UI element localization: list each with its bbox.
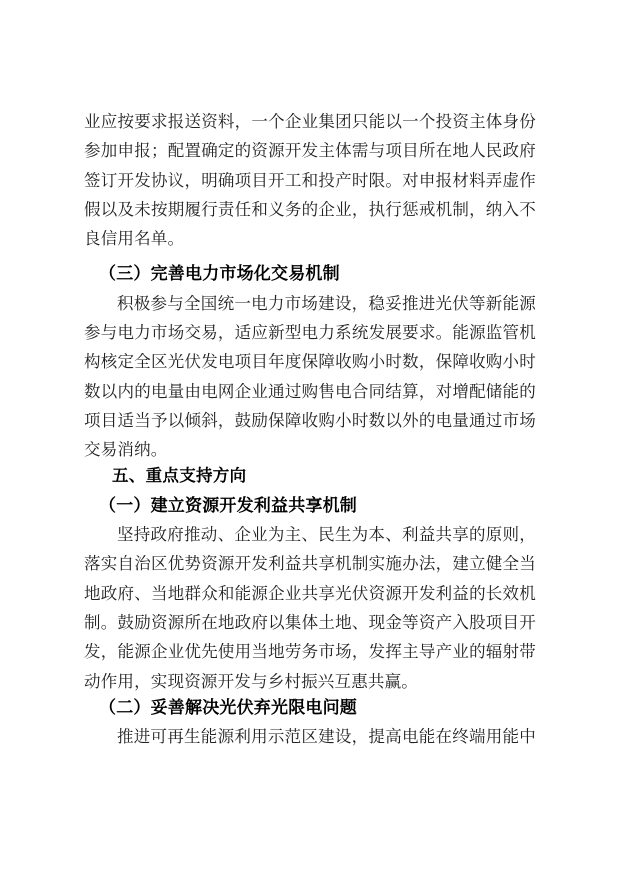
paragraph-power-market-trading: 积极参与全国统一电力市场建设，稳妥推进光伏等新能源 参与电力市场交易，适应新型电… xyxy=(84,289,536,465)
paragraph-benefit-sharing: 坚持政府推动、企业为主、民生为本、利益共享的原则， 落实自治区优势资源开发利益共… xyxy=(84,520,536,696)
text-line: 参与电力市场交易，适应新型电力系统发展要求。能源监管机 xyxy=(84,318,536,347)
text-line: 制。鼓励资源所在地政府以集体土地、现金等资产入股项目开 xyxy=(84,608,536,637)
text-line: 数以内的电量由电网企业通过购售电合同结算，对增配储能的 xyxy=(84,377,536,406)
text-line: 交易消纳。 xyxy=(84,435,536,464)
text-line: 项目适当予以倾斜，鼓励保障收购小时数以外的电量通过市场 xyxy=(84,406,536,435)
paragraph-curtailment-problem: 推进可再生能源利用示范区建设，提高电能在终端用能中 xyxy=(84,722,536,751)
text-line: 业应按要求报送资料，一个企业集团只能以一个投资主体身份 xyxy=(84,107,536,136)
heading-section-2-curtailment-problem: （二）妥善解决光伏弃光限电问题 xyxy=(84,693,536,722)
text-line: 假以及未按期履行责任和义务的企业，执行惩戒机制，纳入不 xyxy=(84,195,536,224)
text-line: 参加申报；配置确定的资源开发主体需与项目所在地人民政府 xyxy=(84,136,536,165)
text-line: 积极参与全国统一电力市场建设，稳妥推进光伏等新能源 xyxy=(84,289,536,318)
text-line: 构核定全区光伏发电项目年度保障收购小时数，保障收购小时 xyxy=(84,347,536,376)
text-line: 动作用，实现资源开发与乡村振兴互惠共赢。 xyxy=(84,667,536,696)
heading-section-1-benefit-sharing: （一）建立资源开发利益共享机制 xyxy=(84,491,536,520)
text-line: 推进可再生能源利用示范区建设，提高电能在终端用能中 xyxy=(84,722,536,751)
text-line: 良信用名单。 xyxy=(84,224,536,253)
text-line: 发，能源企业优先使用当地劳务市场，发挥主导产业的辐射带 xyxy=(84,637,536,666)
text-line: 落实自治区优势资源开发利益共享机制实施办法，建立健全当 xyxy=(84,549,536,578)
heading-section-3-power-market-trading: （三）完善电力市场化交易机制 xyxy=(84,259,536,288)
paragraph-enterprise-reporting: 业应按要求报送资料，一个企业集团只能以一个投资主体身份 参加申报；配置确定的资源… xyxy=(84,107,536,253)
text-line: 签订开发协议，明确项目开工和投产时限。对申报材料弄虚作 xyxy=(84,166,536,195)
text-line: 地政府、当地群众和能源企业共享光伏资源开发利益的长效机 xyxy=(84,579,536,608)
heading-chapter-5-key-support-directions: 五、重点支持方向 xyxy=(84,462,536,491)
text-line: 坚持政府推动、企业为主、民生为本、利益共享的原则， xyxy=(84,520,536,549)
document-page: 业应按要求报送资料，一个企业集团只能以一个投资主体身份 参加申报；配置确定的资源… xyxy=(0,0,620,876)
